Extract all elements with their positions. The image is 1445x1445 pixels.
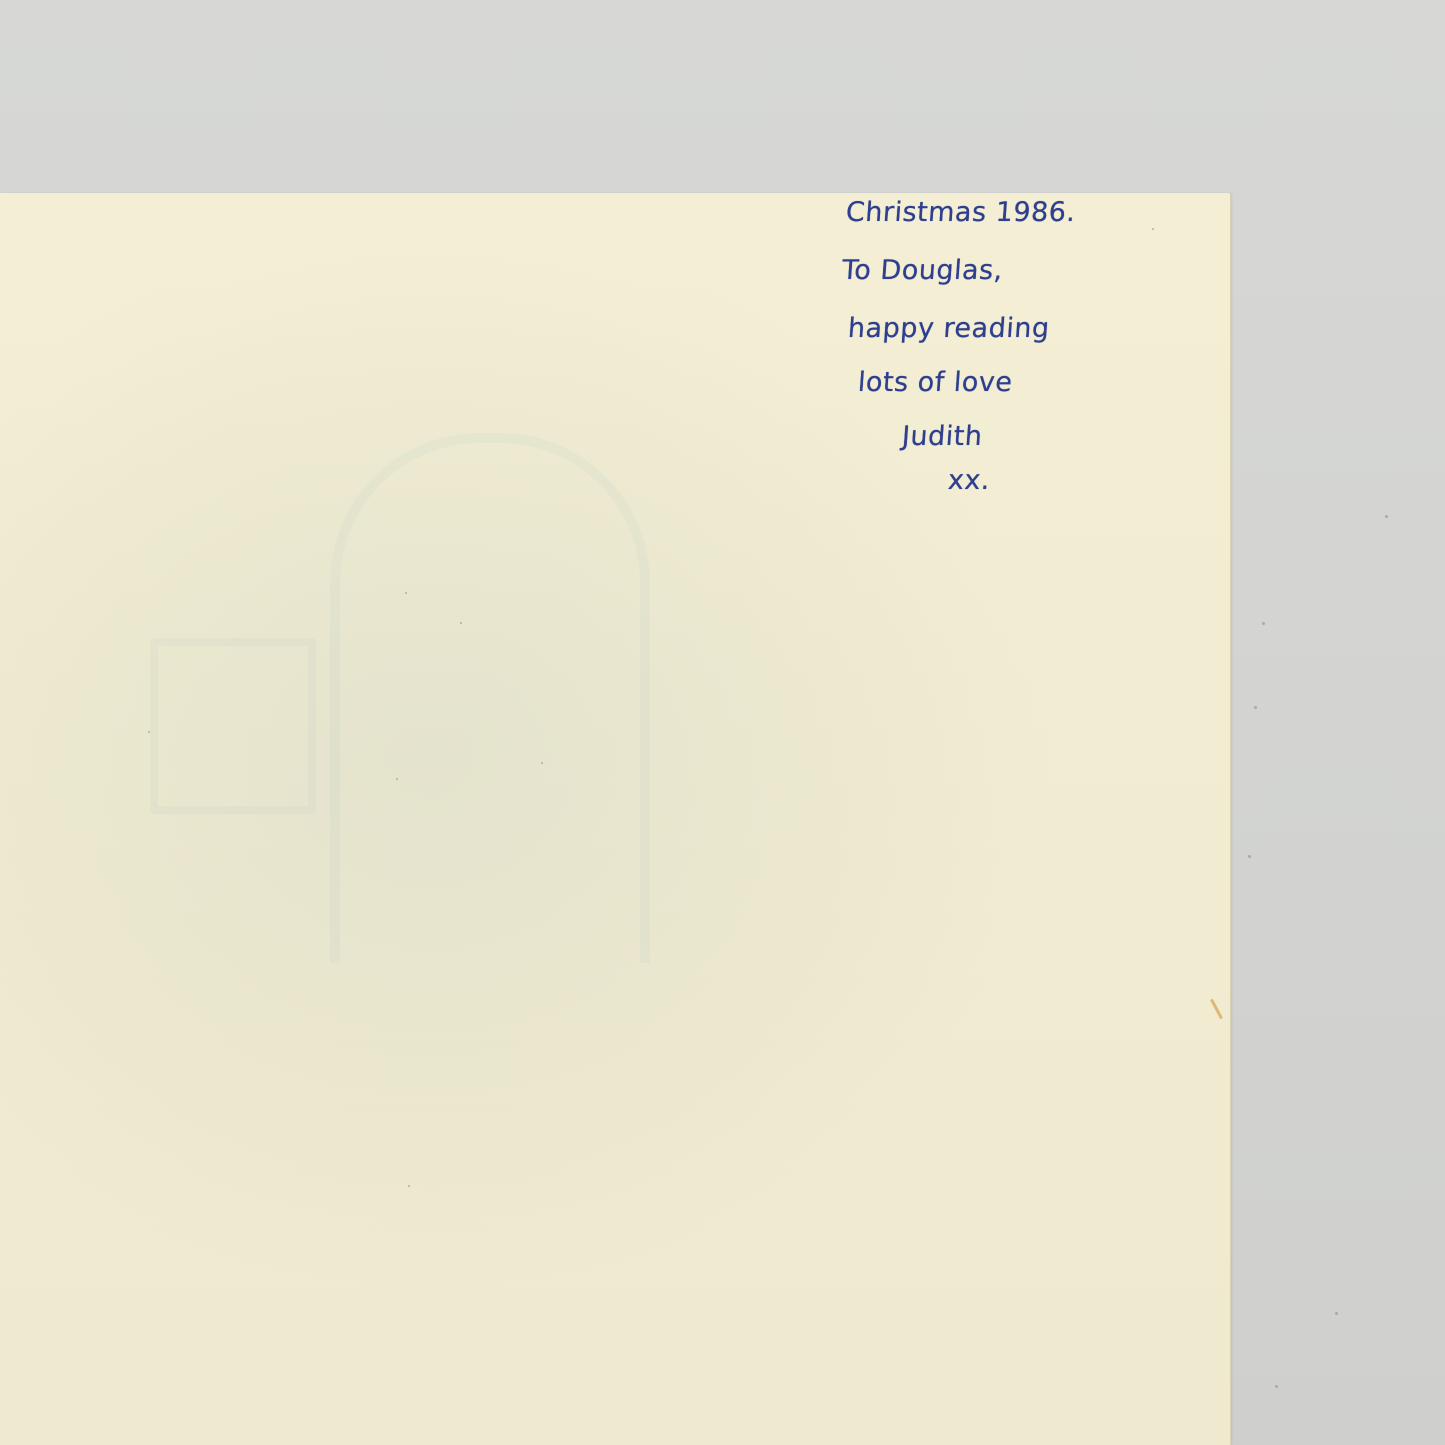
surface-speck — [1335, 1312, 1338, 1315]
paper-speck — [460, 622, 462, 624]
paper-speck — [541, 762, 543, 764]
paper-speck — [405, 592, 407, 594]
inscription-signature: Judith — [901, 421, 984, 452]
surface-speck — [1275, 1385, 1278, 1388]
surface-speck — [1262, 622, 1265, 625]
show-through-rectangle — [150, 638, 316, 814]
book-flyleaf — [0, 193, 1230, 1445]
inscription-date: Christmas 1986. — [845, 197, 1077, 228]
paper-speck — [148, 731, 150, 733]
inscription-recipient: To Douglas, — [841, 255, 1004, 286]
surface-speck — [1248, 855, 1251, 858]
show-through-shape — [330, 433, 650, 963]
inscription-closing: lots of love — [857, 367, 1014, 398]
inscription-kisses: xx. — [947, 465, 991, 496]
inscription-wish: happy reading — [847, 313, 1051, 344]
paper-speck — [396, 778, 398, 780]
surface-speck — [1254, 706, 1257, 709]
surface-speck — [1385, 515, 1388, 518]
paper-speck — [408, 1185, 410, 1187]
paper-speck — [1152, 228, 1154, 230]
edge-stain — [1210, 999, 1223, 1020]
